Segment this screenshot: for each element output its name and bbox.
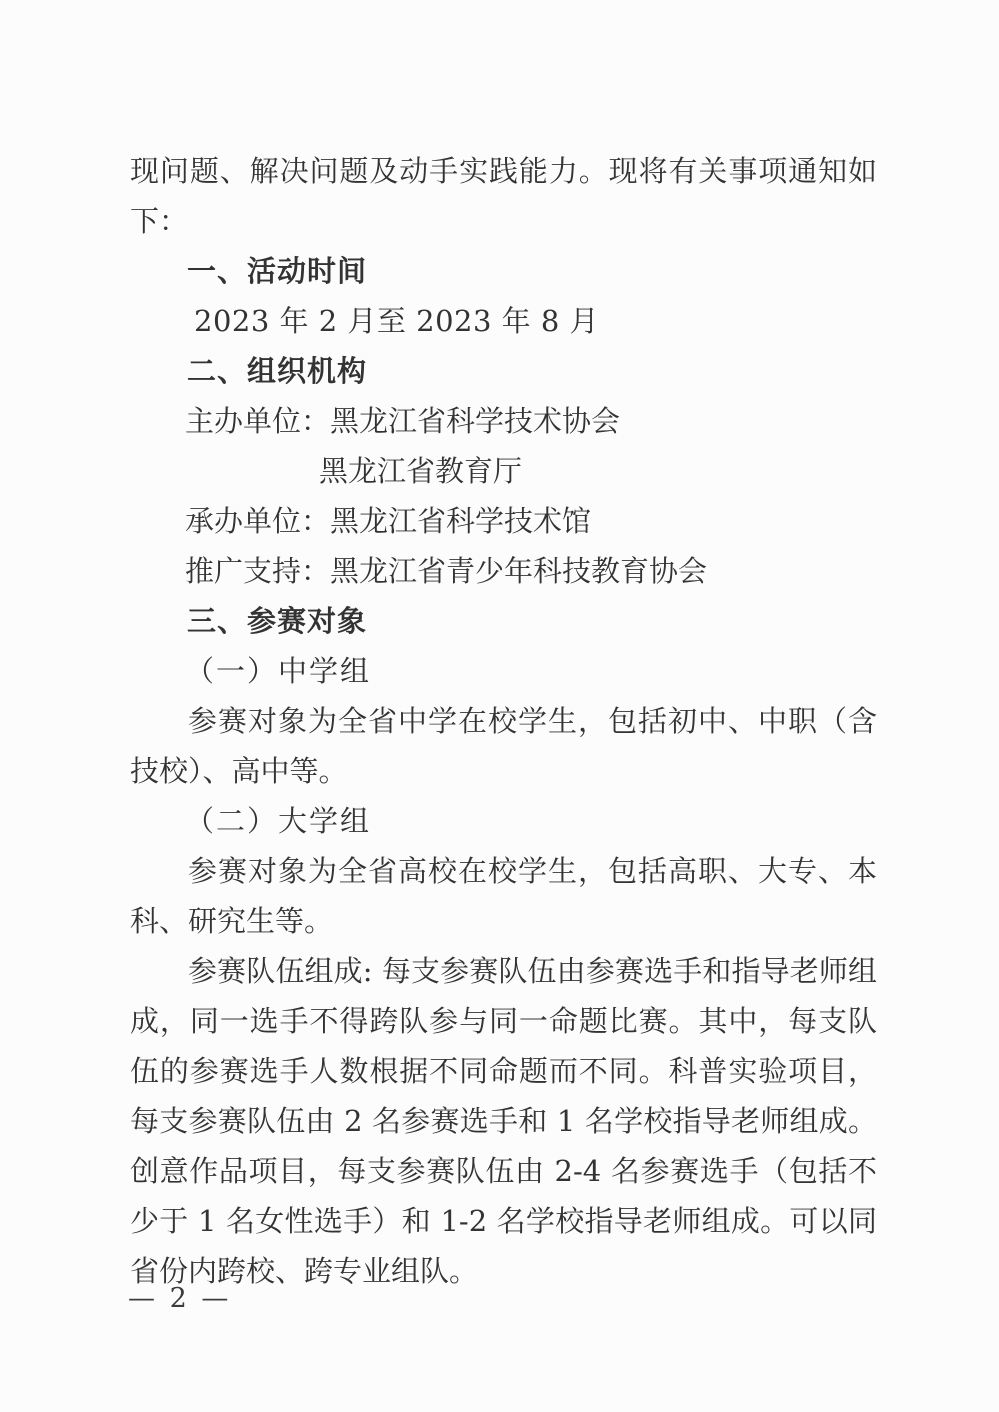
document-content: 现问题、解决问题及动手实践能力。现将有关事项通知如下： 一、活动时间 2023 … <box>130 146 877 1296</box>
subsection-heading-university: （二）大学组 <box>130 796 877 846</box>
org-row-promotion: 推广支持： 黑龙江省青少年科技教育协会 <box>130 546 877 596</box>
subsection-heading-middle-school: （一）中学组 <box>130 646 877 696</box>
section-heading-participants: 三、参赛对象 <box>130 596 877 646</box>
document-page: 现问题、解决问题及动手实践能力。现将有关事项通知如下： 一、活动时间 2023 … <box>0 0 999 1412</box>
org-row-host-2: 黑龙江省教育厅 <box>130 446 877 496</box>
org-row-organizer: 承办单位： 黑龙江省科学技术馆 <box>130 496 877 546</box>
middle-school-body: 参赛对象为全省中学在校学生，包括初中、中职（含技校）、高中等。 <box>130 696 877 796</box>
activity-time-value: 2023 年 2 月至 2023 年 8 月 <box>130 296 877 346</box>
org-value-host: 黑龙江省科学技术协会 <box>330 396 620 446</box>
team-composition-paragraph: 参赛队伍组成: 每支参赛队伍由参赛选手和指导老师组成，同一选手不得跨队参与同一命… <box>130 946 877 1296</box>
org-label-host: 主办单位： <box>185 396 330 446</box>
section-heading-organization: 二、组织机构 <box>130 346 877 396</box>
org-label-host-2 <box>185 446 319 496</box>
org-row-host: 主办单位： 黑龙江省科学技术协会 <box>130 396 877 446</box>
org-label-promotion: 推广支持： <box>185 546 330 596</box>
org-value-organizer: 黑龙江省科学技术馆 <box>330 496 591 546</box>
page-number: — 2 — <box>128 1283 231 1314</box>
org-label-organizer: 承办单位： <box>185 496 330 546</box>
section-heading-activity-time: 一、活动时间 <box>130 246 877 296</box>
org-value-promotion: 黑龙江省青少年科技教育协会 <box>330 546 707 596</box>
intro-continuation-paragraph: 现问题、解决问题及动手实践能力。现将有关事项通知如下： <box>130 146 877 246</box>
university-body: 参赛对象为全省高校在校学生，包括高职、大专、本科、研究生等。 <box>130 846 877 946</box>
organization-list: 主办单位： 黑龙江省科学技术协会 黑龙江省教育厅 承办单位： 黑龙江省科学技术馆… <box>130 396 877 596</box>
org-value-host-2: 黑龙江省教育厅 <box>319 446 522 496</box>
